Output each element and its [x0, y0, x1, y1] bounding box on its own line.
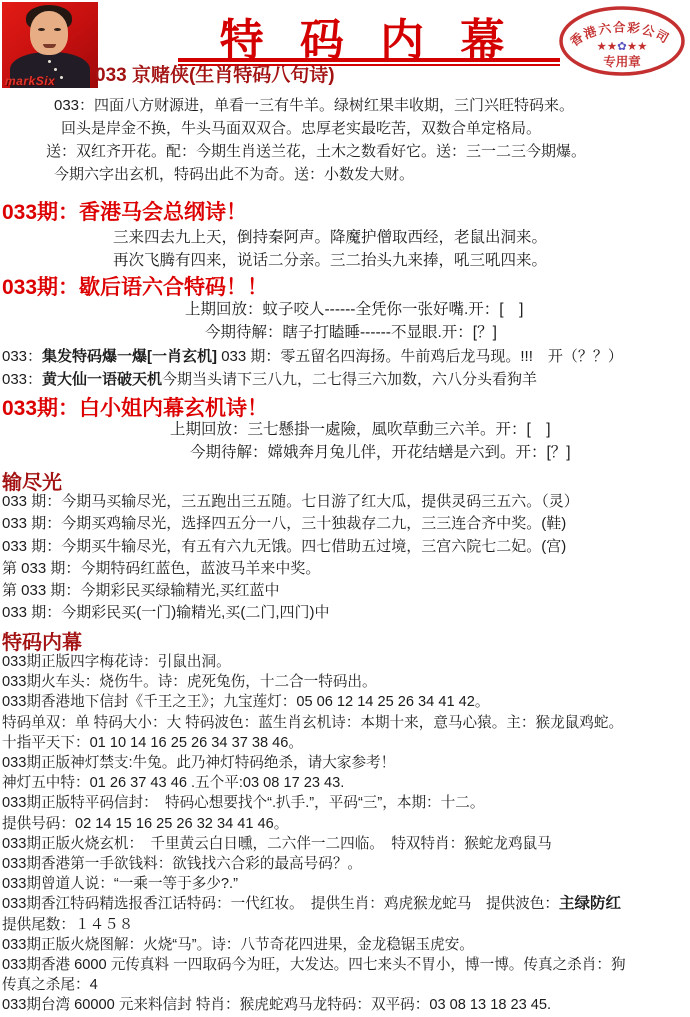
section-heading-zonggangshi: 033期：香港马会总纲诗！	[2, 196, 247, 226]
section-body-xiehouyu: 上期回放：蚊子咬人------全凭你一张好嘴.开：[ ] 今期待解：瞎子打瞌睡-…	[185, 298, 523, 344]
tip-line: 提供号码：02 14 15 16 25 26 32 34 41 46。	[2, 814, 626, 834]
tip-line: 033期香港地下信封《千王之王》；九宝莲灯：05 06 12 14 25 26 …	[2, 692, 626, 712]
portrait-photo: markSix	[2, 2, 98, 88]
poem-line: 上期回放：蚊子咬人------全凭你一张好嘴.开：[ ]	[185, 298, 523, 321]
tip-bold-segment: 集发特码爆一爆[一肖玄机]	[42, 348, 217, 365]
tip-rest: 今期当头请下三八九，二七得三六加数，六八分头看狗羊	[162, 371, 537, 388]
poem-line: 送：双红齐开花。配：今期生肖送兰花，土木之数看好它。送：三一二三今期爆。	[46, 140, 586, 163]
portrait-eye	[54, 28, 61, 31]
tip-line: 033期正版火烧图解：火烧“马”。诗：八节奇花四进果，金龙稳锯玉虎安。	[2, 935, 626, 955]
tip-line: 033 期：今期买牛输尽光，有五有六九无饿。四七借助五过境，三宫六院七二妃。(宫…	[2, 536, 579, 558]
company-seal: 香港六合彩公司 ★★✿★★ 专用章	[556, 4, 688, 78]
tip-line: 033期正版神灯禁支:牛兔。此乃神灯特码绝杀，请大家参考！	[2, 753, 626, 773]
portrait-eye	[38, 28, 45, 31]
tip-bold-segment: 黄大仙一语破天机	[42, 371, 162, 388]
section-body-baixiaojie: 上期回放：三七懸掛一處險，風吹草動三六羊。开：[ ] 今期待解：嫦娥奔月兔儿伴，…	[170, 418, 571, 464]
tip-rest: 033期香江特码精选报香江话特码：一代红妆。 提供生肖：鸡虎猴龙蛇马 提供波色：	[2, 896, 559, 912]
tip-line: 033期正版四字梅花诗：引鼠出洞。	[2, 652, 626, 672]
portrait-face	[30, 11, 68, 55]
suit-button	[48, 60, 51, 63]
poem-line: 三来四去九上天，倒持秦阿声。降魔护僧取西经，老鼠出洞来。	[113, 226, 547, 249]
section-body-jingduxia: 033：四面八方财源进，单看一三有牛羊。绿树红果丰收期，三门兴旺特码来。 回头是…	[46, 94, 586, 186]
tip-line: 033 期：今期买鸡输尽光，选择四五分一八，三十独裁存二九，三三连合齐中奖。(鞋…	[2, 513, 579, 535]
poem-line: 今期六字出玄机，特码出此不为奇。送：小数发大财。	[54, 163, 586, 186]
tip-line: 特码单双：单 特码大小：大 特码波色：蓝生肖玄机诗：本期十来，意马心猿。主：猴龙…	[2, 713, 626, 733]
seal-flower-icon: ✿	[617, 41, 627, 53]
poem-line: 今期待解：瞎子打瞌睡------不显眼.开：[？]	[205, 321, 523, 344]
section-heading-temaneimu: 特码内幕	[2, 626, 82, 655]
tip-prefix: 033：	[2, 371, 42, 388]
tip-line-huangdaxian: 033：黄大仙一语破天机今期当头请下三八九，二七得三六加数，六八分头看狗羊	[2, 368, 537, 389]
tip-line: 神灯五中特：01 26 37 43 46 .五个平:03 08 17 23 43…	[2, 773, 626, 793]
tip-line: 033期台湾 60000 元来料信封 特肖：猴虎蛇鸡马龙特码：双平码：03 08…	[2, 995, 626, 1015]
tip-line: 033期香江特码精选报香江话特码：一代红妆。 提供生肖：鸡虎猴龙蛇马 提供波色：…	[2, 894, 626, 914]
poem-line: 033：四面八方财源进，单看一三有牛羊。绿树红果丰收期，三门兴旺特码来。	[54, 94, 586, 117]
seal-stars-right: ★★	[627, 41, 648, 53]
tip-line-jifa: 033：集发特码爆一爆[一肖玄机] 033 期：零五留名四海扬。牛前鸡后龙马现。…	[2, 345, 623, 366]
tip-bold-segment: 主绿防红	[559, 895, 621, 912]
tip-line: 033 期：今期彩民买(一门)输精光,买(二门,四门)中	[2, 602, 579, 624]
tip-line: 033 期：今期马买输尽光，三五跑出三五随。七日游了红大瓜，提供灵码三五六。（灵…	[2, 491, 579, 513]
poem-line: 今期待解：嫦娥奔月兔儿伴，开花结蟮是六到。开：[？]	[190, 441, 571, 464]
seal-stars-row: ★★✿★★	[597, 41, 648, 53]
tip-line: 033期正版火烧玄机： 千里黄云白日曛，二六伴一二四临。 特双特肖：猴蛇龙鸡鼠马	[2, 834, 626, 854]
tip-line: 第 033 期：今期特码红蓝色，蓝波马羊来中奖。	[2, 558, 579, 580]
section-body-zonggangshi: 三来四去九上天，倒持秦阿声。降魔护僧取西经，老鼠出洞来。 再次飞腾有四来，说话二…	[113, 226, 547, 272]
portrait-mouth	[43, 44, 56, 48]
seal-bottom-text: 专用章	[603, 54, 641, 69]
poem-line: 上期回放：三七懸掛一處險，風吹草動三六羊。开：[ ]	[170, 418, 571, 441]
marksix-watermark: markSix	[5, 74, 55, 88]
seal-stars-left: ★★	[597, 41, 618, 53]
tip-line: 033期香港第一手欲钱料：欲钱找六合彩的最高号码？。	[2, 854, 626, 874]
tip-line: 第 033 期：今期彩民买绿输精光,买红蓝中	[2, 580, 579, 602]
suit-button	[54, 68, 57, 71]
section-body-shujinguang: 033 期：今期马买输尽光，三五跑出三五随。七日游了红大瓜，提供灵码三五六。（灵…	[2, 491, 579, 625]
poem-line: 再次飞腾有四来，说话二分亲。三二抬头九来捧，吼三吼四来。	[113, 249, 547, 272]
tip-line: 033期火车头：烧伤牛。诗：虎死兔伤，十二合一特码出。	[2, 672, 626, 692]
tip-line: 提供尾数：１４５８	[2, 915, 626, 935]
section-heading-jingduxia: 033 京赌侠(生肖特码八句诗)	[95, 60, 335, 87]
tip-line: 十指平天下：01 10 14 16 25 26 34 37 38 46。	[2, 733, 626, 753]
tip-line: 033期香港 6000 元传真料 一四取码今为旺，大发达。四七来头不胃小，博一博…	[2, 955, 626, 975]
poem-line: 回头是岸金不换，牛头马面双双合。忠厚老实最吃苦，双数合单定格局。	[61, 117, 586, 140]
lottery-tip-sheet: markSix 特 码 内 幕 香港六合彩公司 ★★✿★★ 专用章 033 京赌…	[0, 0, 690, 1017]
tip-line: 033期曾道人说：“一乘一等于多少?.”	[2, 874, 626, 894]
tip-rest: 033 期：零五留名四海扬。牛前鸡后龙马现。!!! 开（？？）	[217, 348, 623, 365]
section-heading-xiehouyu: 033期：歇后语六合特码！！	[2, 271, 268, 301]
tip-prefix: 033：	[2, 348, 42, 365]
tip-line: 传真之杀尾：4	[2, 975, 626, 995]
section-body-temaneimu: 033期正版四字梅花诗：引鼠出洞。 033期火车头：烧伤牛。诗：虎死兔伤，十二合…	[2, 652, 626, 1016]
suit-button	[60, 76, 63, 79]
tip-line: 033期正版特平码信封： 特码心想要找个“.扒手.”，平码“三”，本期：十二。	[2, 793, 626, 813]
